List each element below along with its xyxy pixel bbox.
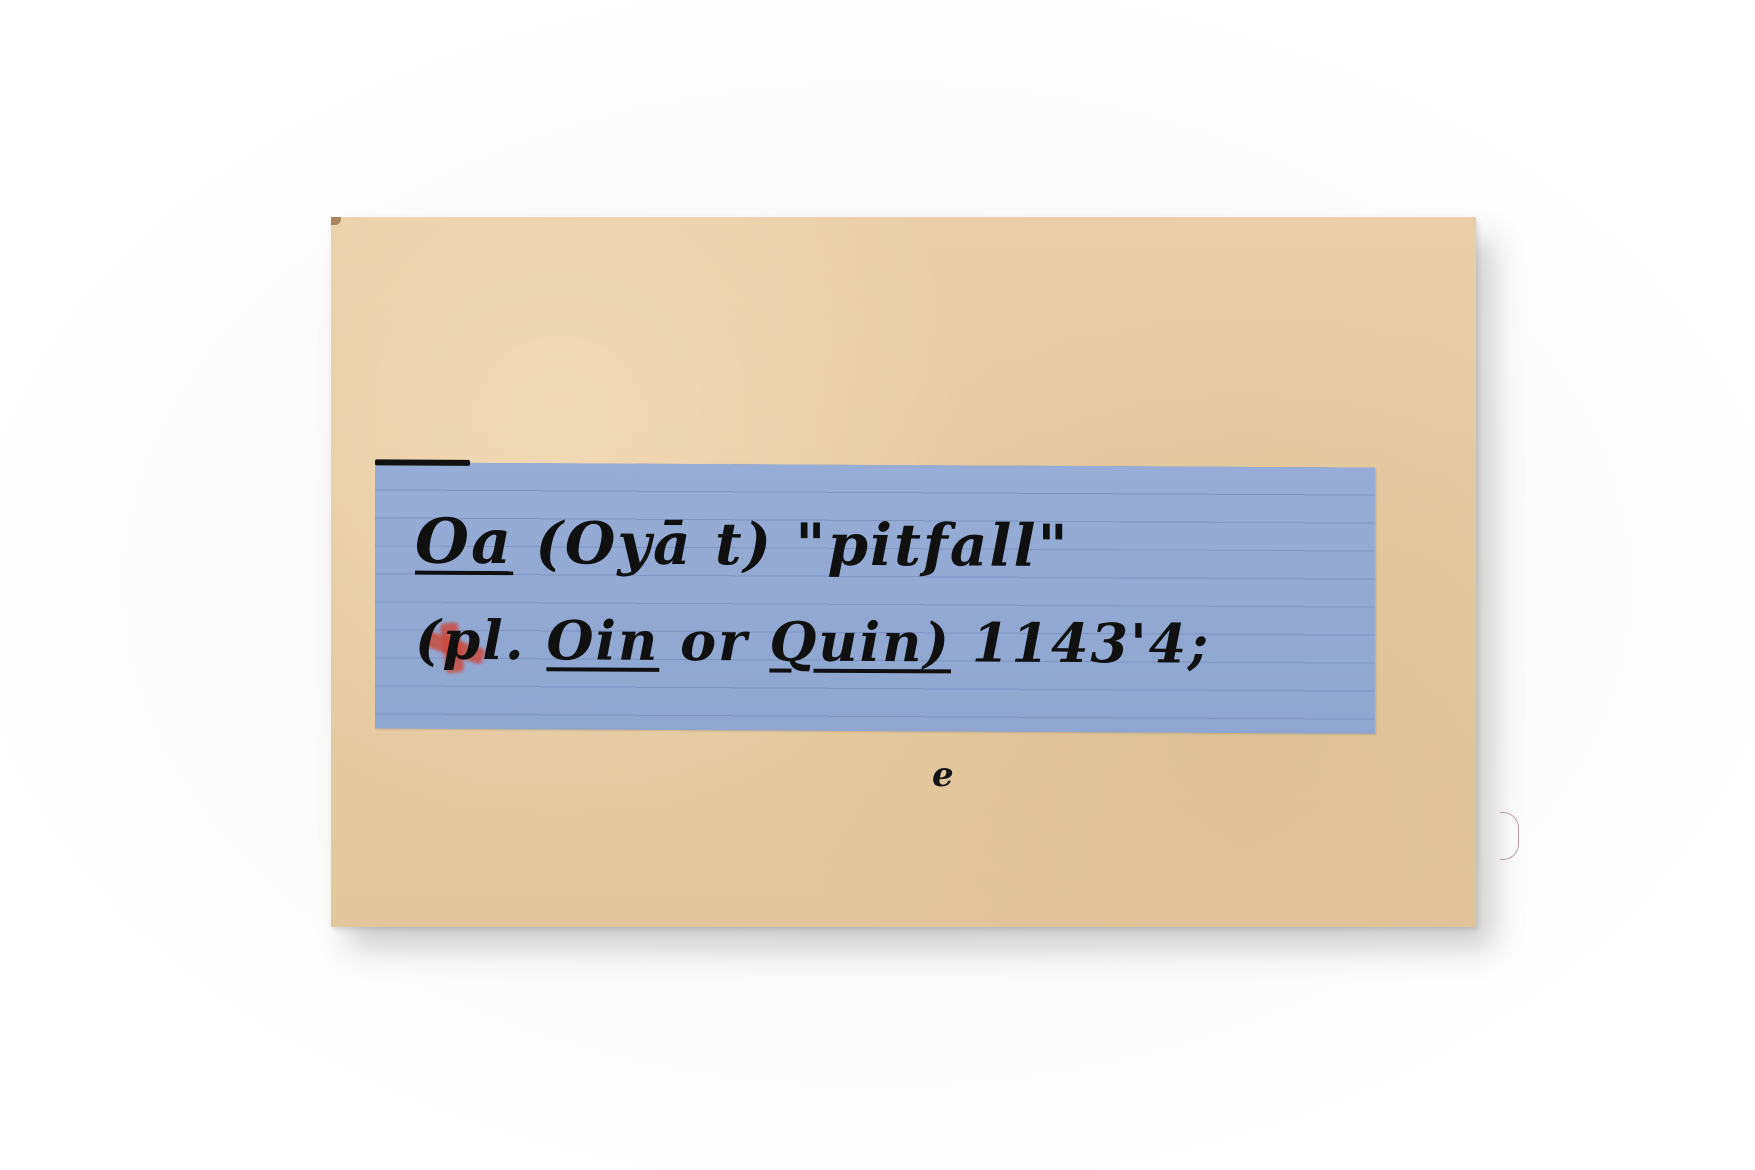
plural-prefix: (pl.	[415, 608, 526, 673]
pencil-margin-mark	[1500, 812, 1519, 860]
slip-line-2: (pl. Oin or Quin) 1143'4;	[415, 608, 1210, 676]
blue-handwritten-slip: Oa (Oyā t) "pitfall" (pl. Oin or Quin) 1…	[375, 462, 1375, 733]
connector: or	[680, 609, 748, 673]
corner-stain	[331, 217, 341, 225]
variant-form: (Oyā t)	[535, 509, 773, 578]
plural-form-1: Oin	[546, 608, 659, 673]
gloss: "pitfall"	[795, 511, 1069, 580]
headword: Oa	[415, 505, 513, 579]
ink-edge-mark	[375, 459, 470, 465]
plural-form-2: Quin)	[769, 609, 951, 674]
slip-line-1: Oa (Oyā t) "pitfall"	[415, 505, 1070, 581]
card-note-letter: e	[932, 755, 954, 795]
page-reference: 1143'4;	[972, 611, 1210, 676]
